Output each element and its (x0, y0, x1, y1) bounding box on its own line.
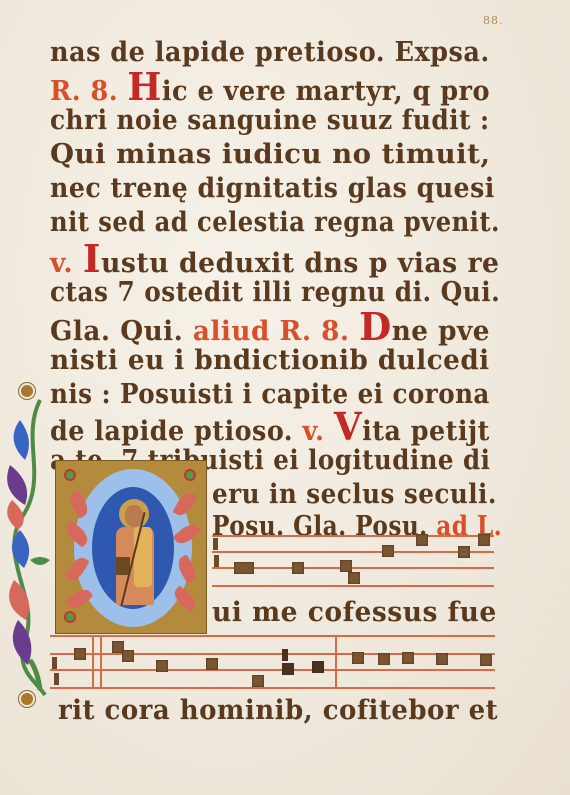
note (122, 650, 134, 662)
text-line: nas de lapide pretioso. Expsa. (50, 38, 490, 68)
note (348, 572, 360, 584)
text-segment: nis : Posuisti i capite ei corona (50, 379, 490, 410)
text-line: v. Iustu deduxit dns p vias re (50, 244, 500, 279)
text-segment: nisti eu i bndictionib dulcedi (50, 345, 490, 376)
text-segment: ustu deduxit dns p vias re (101, 248, 500, 279)
clef-icon (213, 538, 218, 550)
text-line: nis : Posuisti i capite ei corona (50, 380, 490, 410)
text-segment: eru in seclus seculi. (212, 479, 497, 510)
note (458, 546, 470, 558)
rubric-text: v. (302, 416, 333, 447)
floral-border (0, 380, 60, 700)
text-segment: nas de lapide pretioso. Expsa. (50, 37, 490, 68)
text-line: nit sed ad celestia regna pvenit. (50, 208, 500, 238)
text-segment: de lapide ptioso. (50, 416, 302, 447)
manuscript-page: 88. nas de lapide pretioso. Expsa.R. 8. … (0, 0, 570, 795)
text-segment: Qui minas iudicu no timuit, (50, 139, 490, 170)
note (312, 661, 324, 673)
text-segment: nec trenę dignitatis glas quesi (50, 173, 495, 204)
decorated-capital: V (334, 404, 362, 449)
note (252, 675, 264, 687)
rosette-icon (184, 469, 196, 481)
decorated-capital: I (83, 236, 101, 281)
sun-ornament-icon (21, 693, 33, 705)
upper-staff (212, 535, 494, 587)
note (292, 562, 304, 574)
folio-number: 88. (483, 14, 504, 27)
note (340, 560, 352, 572)
text-segment: ui me cofessus fue (212, 597, 497, 628)
note (156, 660, 168, 672)
rubric-text: aliud R. 8. (193, 316, 359, 347)
text-segment: chri noie sanguine suuz fudit : (50, 105, 490, 136)
sun-ornament-icon (21, 385, 33, 397)
text-segment: ne pve (392, 316, 490, 347)
note (282, 663, 294, 675)
decorated-capital: D (359, 304, 392, 349)
note (436, 653, 448, 665)
rosette-icon (64, 611, 76, 623)
text-line: rit cora hominib, cofitebor et (58, 696, 498, 726)
text-line: R. 8. Hic e vere martyr, q pro (50, 72, 490, 107)
lower-staff (50, 635, 495, 689)
note (206, 658, 218, 670)
note (234, 562, 254, 574)
note (352, 652, 364, 664)
note (416, 534, 428, 546)
rubric-text: v. (50, 248, 83, 279)
text-line: Gla. Qui. aliud R. 8. Dne pve (50, 312, 490, 347)
text-line: nisti eu i bndictionib dulcedi (50, 346, 490, 376)
note (378, 653, 390, 665)
text-line: eru in seclus seculi. (212, 480, 497, 510)
text-segment: ic e vere martyr, q pro (162, 76, 490, 107)
text-line: nec trenę dignitatis glas quesi (50, 174, 495, 204)
text-line: chri noie sanguine suuz fudit : (50, 106, 490, 136)
rosette-icon (64, 469, 76, 481)
rubric-text: R. 8. (50, 76, 127, 107)
note (74, 648, 86, 660)
note (478, 534, 490, 546)
clef-icon (214, 555, 219, 567)
text-segment: nit sed ad celestia regna pvenit. (50, 207, 500, 238)
text-segment: ctas 7 ostedit illi regnu di. Qui. (50, 277, 500, 308)
text-segment: rit cora hominib, cofitebor et (58, 695, 498, 726)
decorated-capital: H (127, 64, 161, 109)
historiated-initial (55, 460, 207, 634)
note (282, 649, 288, 661)
text-line: Qui minas iudicu no timuit, (50, 140, 490, 170)
text-line: ctas 7 ostedit illi regnu di. Qui. (50, 278, 500, 308)
text-segment: Gla. Qui. (50, 316, 193, 347)
text-segment: ita petijt (362, 416, 490, 447)
text-line: ui me cofessus fue (212, 598, 497, 628)
note (382, 545, 394, 557)
text-line: de lapide ptioso. v. Vita petijt (50, 412, 490, 447)
note (402, 652, 414, 664)
note (480, 654, 492, 666)
